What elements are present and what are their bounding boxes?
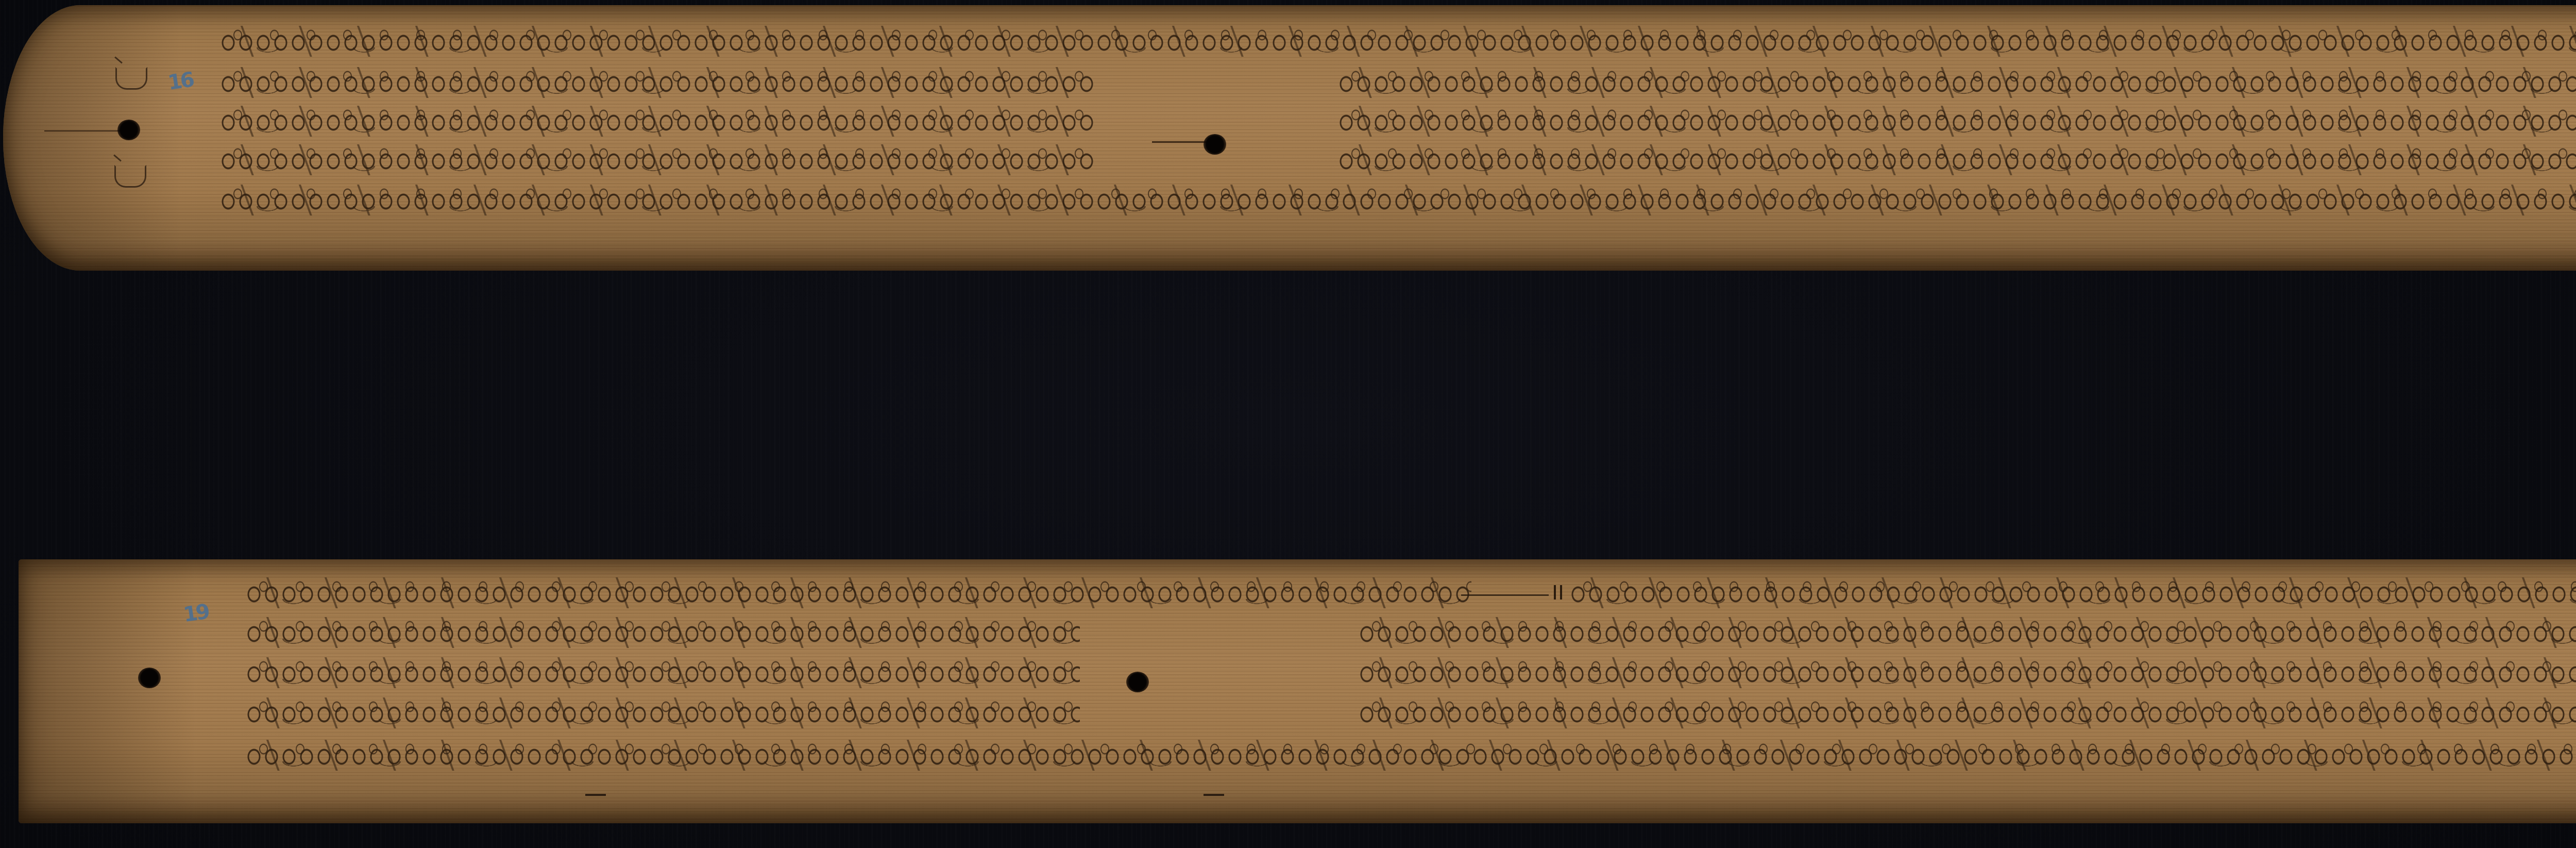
burmese-folio-mark-upper xyxy=(115,67,147,90)
text-line-3-left xyxy=(219,106,1095,137)
text-line-3-left xyxy=(245,657,1080,688)
pencil-folio-number: 16 xyxy=(166,68,194,95)
section-break-double-danda: ။ xyxy=(1554,585,1562,600)
text-line-2-left xyxy=(245,617,1080,648)
string-crack xyxy=(1152,141,1209,143)
string-hole-center xyxy=(1126,672,1149,692)
palm-leaf-folio-bottom: 19 19 18 ။ xyxy=(19,559,2576,823)
text-line-4-left xyxy=(219,144,1095,175)
text-line-5 xyxy=(219,185,2576,215)
line-tick xyxy=(585,794,606,796)
text-line-2-right xyxy=(1358,617,2576,648)
text-line-2-left xyxy=(219,67,1095,98)
text-line-3-right xyxy=(1337,106,2576,137)
text-line-1-a xyxy=(245,577,1471,608)
text-line-4-right xyxy=(1337,144,2576,175)
text-line-1-b xyxy=(1569,577,2576,608)
text-line-2-right xyxy=(1337,67,2576,98)
text-line-4-left xyxy=(245,697,1080,728)
text-line-4-right xyxy=(1358,697,2576,728)
string-crack xyxy=(44,130,122,131)
text-line-5 xyxy=(245,740,2576,771)
text-line-1 xyxy=(219,26,2576,57)
line-tick xyxy=(1204,794,1224,796)
palm-leaf-folio-top: 16 18 xyxy=(3,5,2576,271)
string-hole-left xyxy=(138,668,161,688)
string-hole-center xyxy=(1204,134,1226,155)
string-hole-left xyxy=(117,120,140,140)
section-break-line xyxy=(1461,594,1549,596)
burmese-folio-mark-lower xyxy=(114,165,146,188)
text-line-3-right xyxy=(1358,657,2576,688)
pencil-folio-number: 19 xyxy=(182,600,210,627)
